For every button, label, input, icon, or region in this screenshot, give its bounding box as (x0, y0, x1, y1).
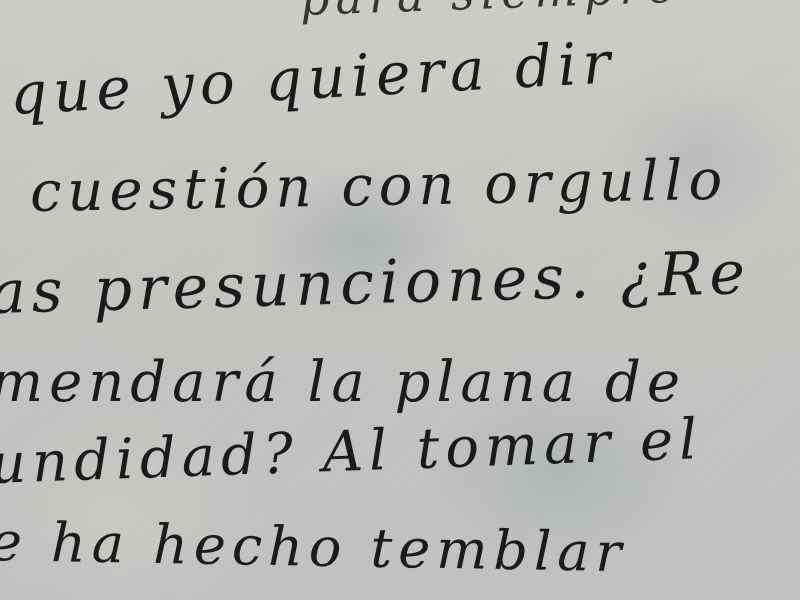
handwriting-line-7: e ha hecho temblar (0, 510, 628, 584)
handwriting-line-5: mendará la plana de (0, 350, 686, 415)
handwriting-line-3: cuestión con orgullo (29, 148, 728, 225)
